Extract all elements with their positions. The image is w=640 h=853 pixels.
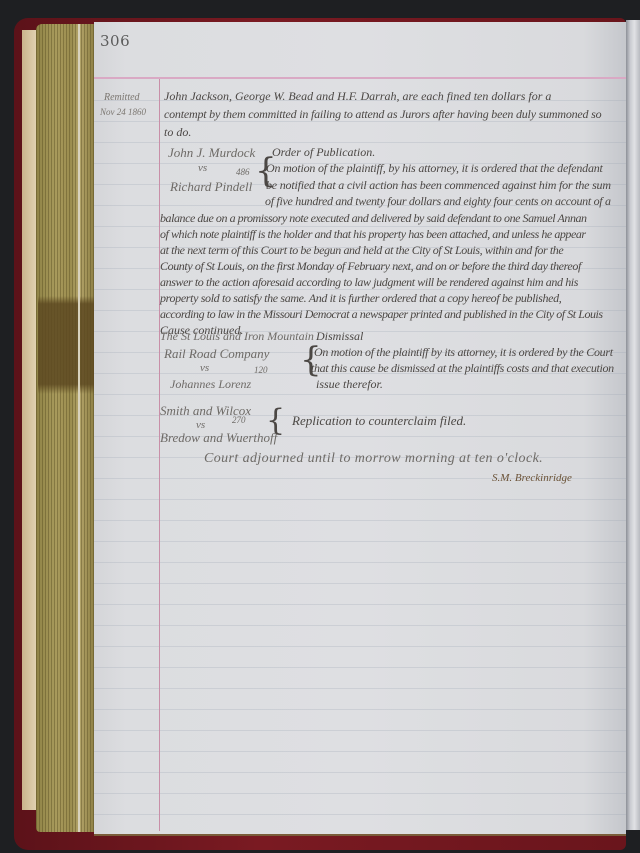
entry-line: of which note plaintiff is the holder an… bbox=[160, 228, 586, 240]
entry-line: County of St Louis, on the first Monday … bbox=[160, 260, 581, 272]
case-number: 120 bbox=[254, 366, 268, 375]
margin-note-remitted: Remitted bbox=[104, 93, 140, 103]
adjournment-line: Court adjourned until to morrow morning … bbox=[204, 452, 543, 466]
entry-line: Replication to counterclaim filed. bbox=[292, 414, 466, 427]
case-defendant: Bredow and Wuerthoff bbox=[160, 431, 277, 444]
margin-note-date: Nov 24 1860 bbox=[100, 108, 146, 117]
entry-title: Dismissal bbox=[316, 330, 363, 342]
case-number: 486 bbox=[236, 168, 250, 177]
case-plaintiff: John J. Murdock bbox=[168, 146, 255, 159]
case-defendant: Johannes Lorenz bbox=[170, 378, 251, 390]
margin-rule bbox=[159, 79, 160, 831]
page-edge-stain bbox=[38, 296, 94, 394]
facing-page-edge bbox=[626, 20, 640, 830]
clerk-signature: S.M. Breckinridge bbox=[492, 473, 572, 484]
brace-icon: { bbox=[266, 406, 285, 436]
header-rule bbox=[94, 77, 626, 79]
case-versus: vs bbox=[200, 363, 209, 374]
entry-line: issue therefor. bbox=[316, 378, 383, 390]
entry-line: On motion of the plaintiff, by his attor… bbox=[266, 162, 603, 174]
case-defendant: Richard Pindell bbox=[170, 180, 252, 193]
case-number: 270 bbox=[232, 416, 246, 425]
entry-line: contempt by them committed in failing to… bbox=[164, 108, 601, 120]
gilt-page-edges bbox=[36, 24, 94, 832]
case-plaintiff-line1: The St Louis and Iron Mountain bbox=[160, 330, 314, 342]
entry-line: at the next term of this Court to be beg… bbox=[160, 244, 563, 256]
case-plaintiff-line2: Rail Road Company bbox=[164, 347, 269, 360]
entry-line: John Jackson, George W. Bead and H.F. Da… bbox=[164, 90, 551, 102]
page-edge-gap bbox=[78, 24, 80, 832]
case-versus: vs bbox=[198, 163, 207, 174]
entry-line: answer to the action aforesaid according… bbox=[160, 276, 578, 288]
page-number: 306 bbox=[100, 32, 130, 50]
entry-line: that this cause be dismissed at the plai… bbox=[311, 362, 614, 374]
entry-title: Order of Publication. bbox=[272, 146, 375, 158]
entry-line: of five hundred and twenty four dollars … bbox=[265, 195, 611, 207]
entry-line: according to law in the Missouri Democra… bbox=[160, 308, 603, 320]
entry-line: to do. bbox=[164, 126, 191, 138]
entry-line: be notified that a civil action has been… bbox=[266, 179, 611, 191]
entry-line: balance due on a promissory note execute… bbox=[160, 212, 587, 224]
entry-line: On motion of the plaintiff by its attorn… bbox=[314, 346, 613, 358]
entry-line: property sold to satisfy the same. And i… bbox=[160, 292, 561, 304]
